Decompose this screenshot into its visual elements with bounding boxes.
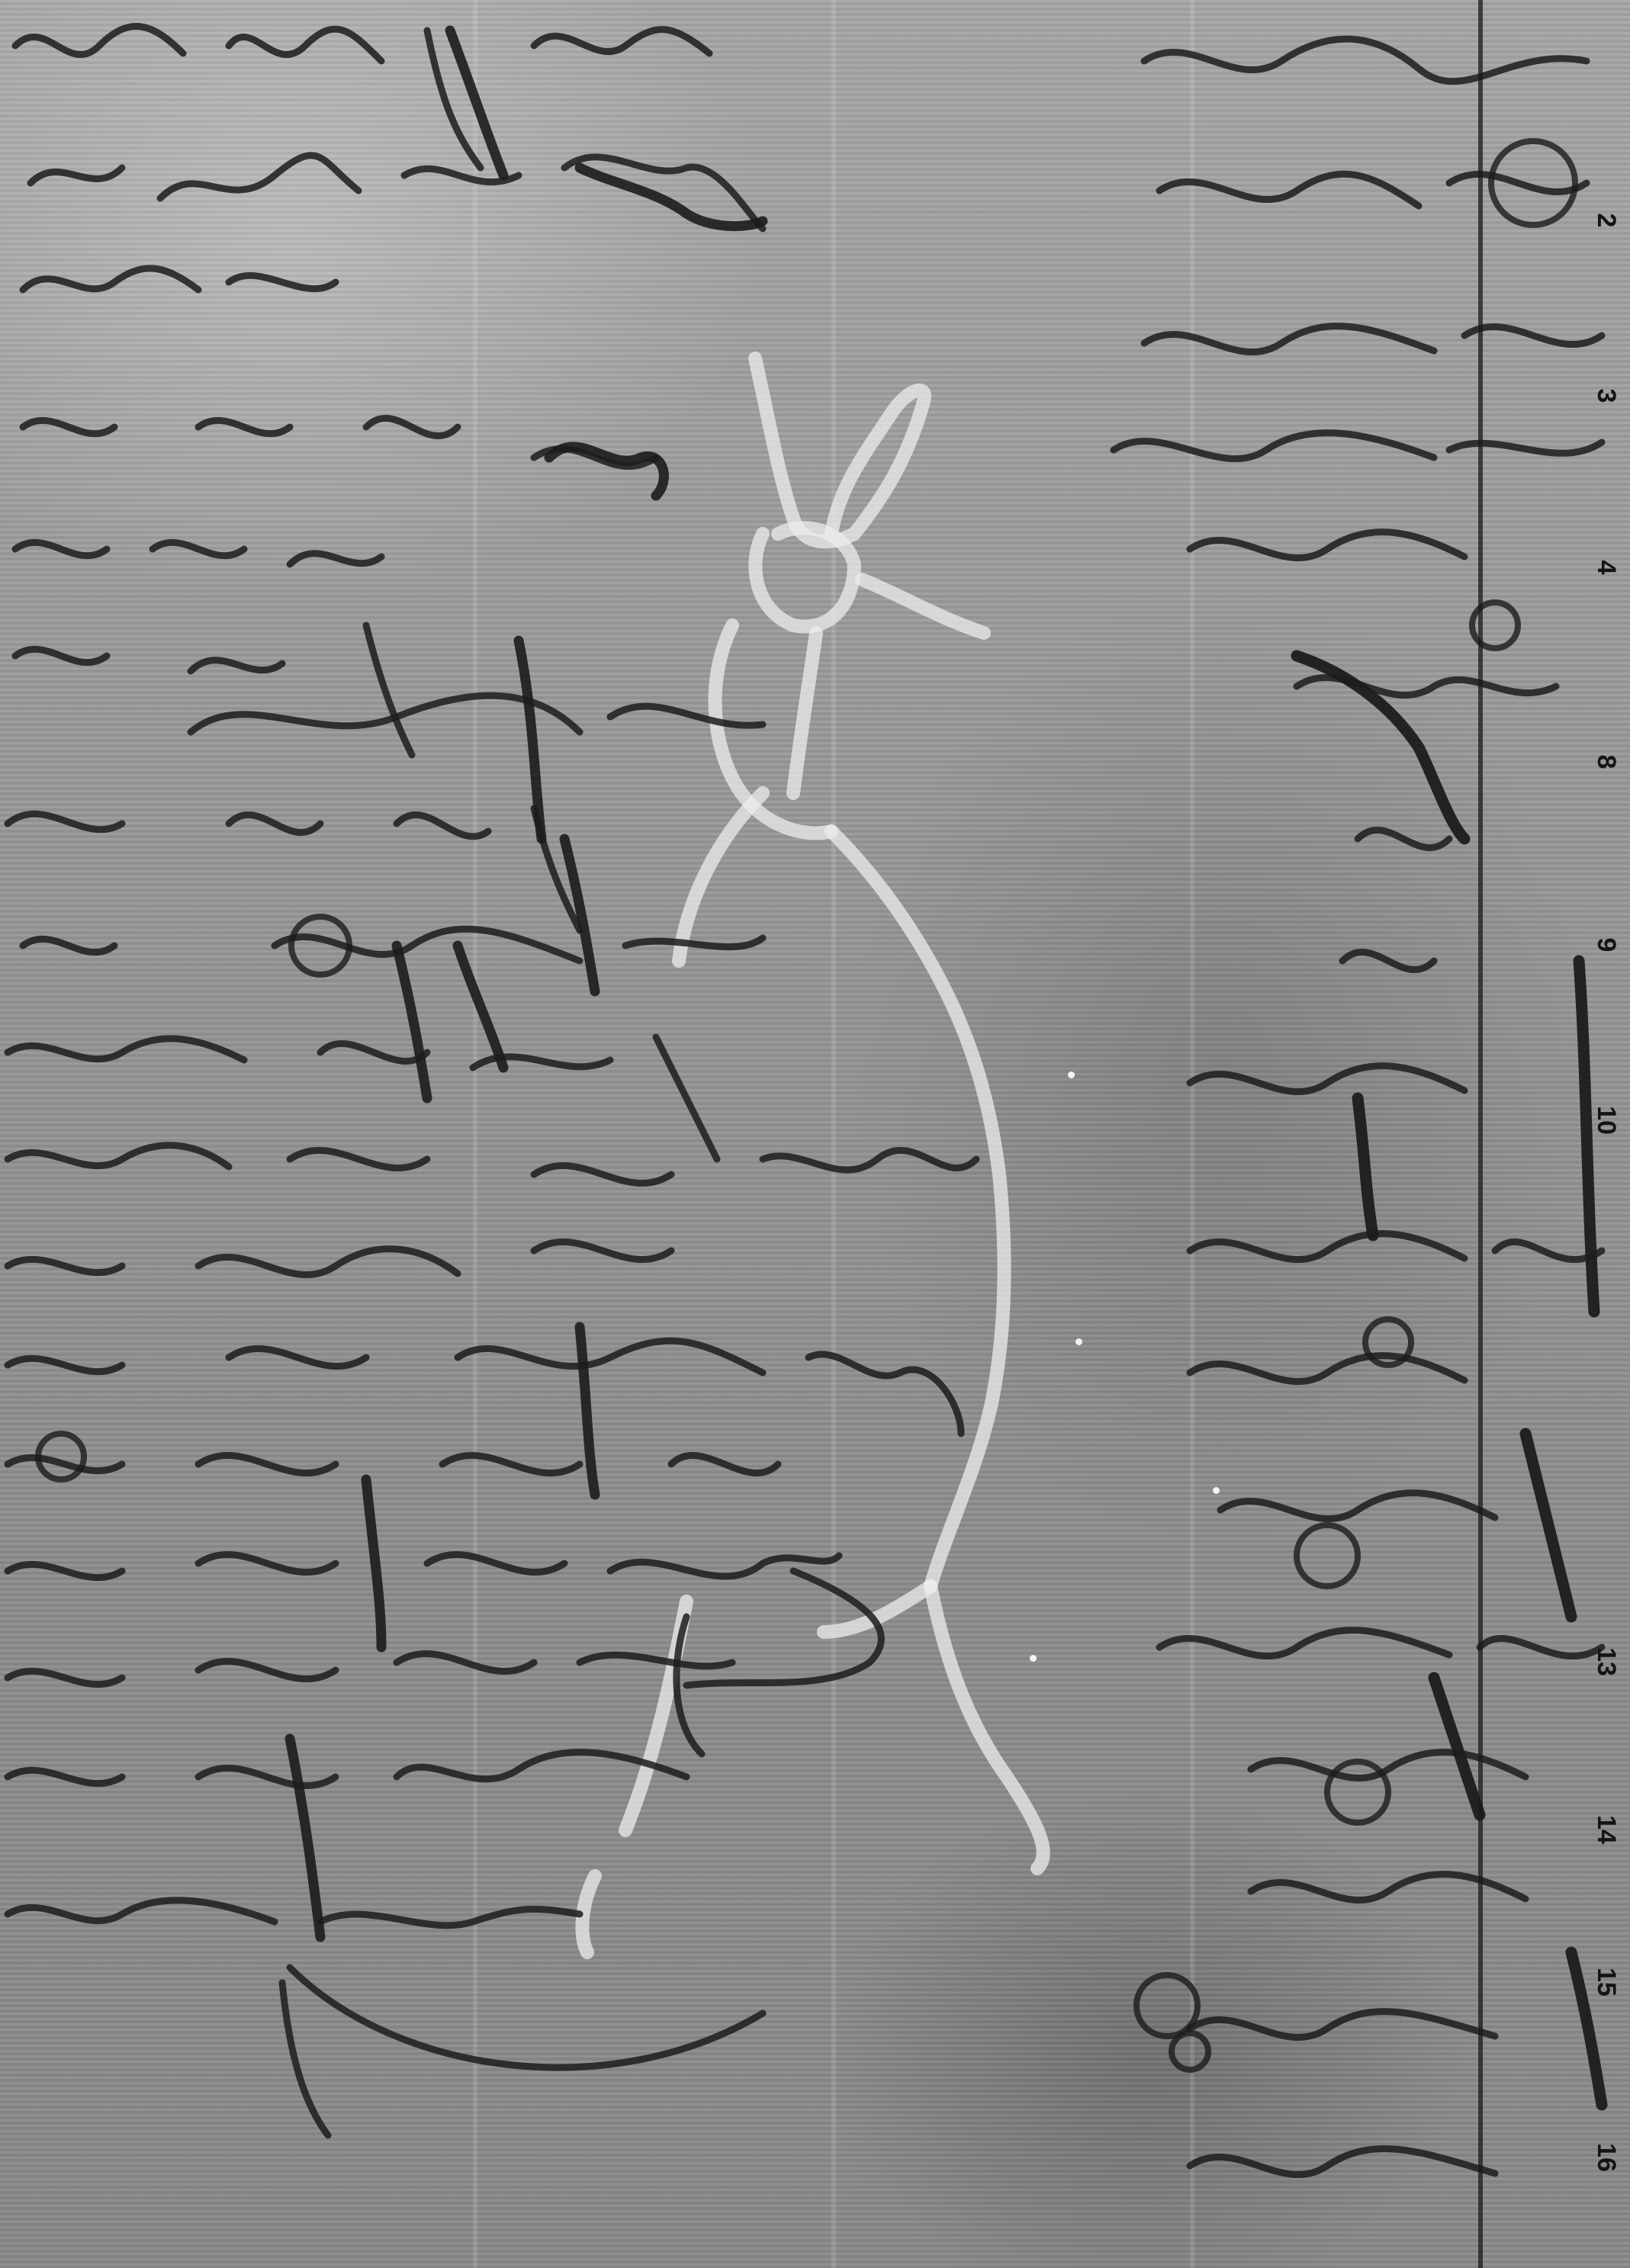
heavy-strokes [290,31,763,1937]
paper-speck [1075,1338,1082,1345]
line-number: 15 [1593,1963,1619,2001]
line-number: 16 [1593,2138,1619,2176]
line-number: 13 [1593,1643,1619,1681]
left-column-lines [8,27,976,2135]
line-number: 4 [1593,548,1619,586]
paper-speck [1068,1071,1075,1078]
handwritten-text [0,0,1630,2268]
ruled-margin-line [1478,0,1483,2268]
margin-line-numbers: 2 3 4 8 9 10 13 14 15 16 [1584,0,1630,2268]
paper-speck [1030,1655,1037,1662]
manuscript-page: 2 3 4 8 9 10 13 14 15 16 [0,0,1630,2268]
line-number: 10 [1593,1101,1619,1139]
paper-speck [1213,1487,1220,1494]
line-number: 3 [1593,377,1619,415]
line-number: 9 [1593,926,1619,964]
line-number: 2 [1593,201,1619,239]
line-number: 14 [1593,1810,1619,1849]
right-heavy-strokes [1297,656,1602,2105]
line-number: 8 [1593,743,1619,781]
